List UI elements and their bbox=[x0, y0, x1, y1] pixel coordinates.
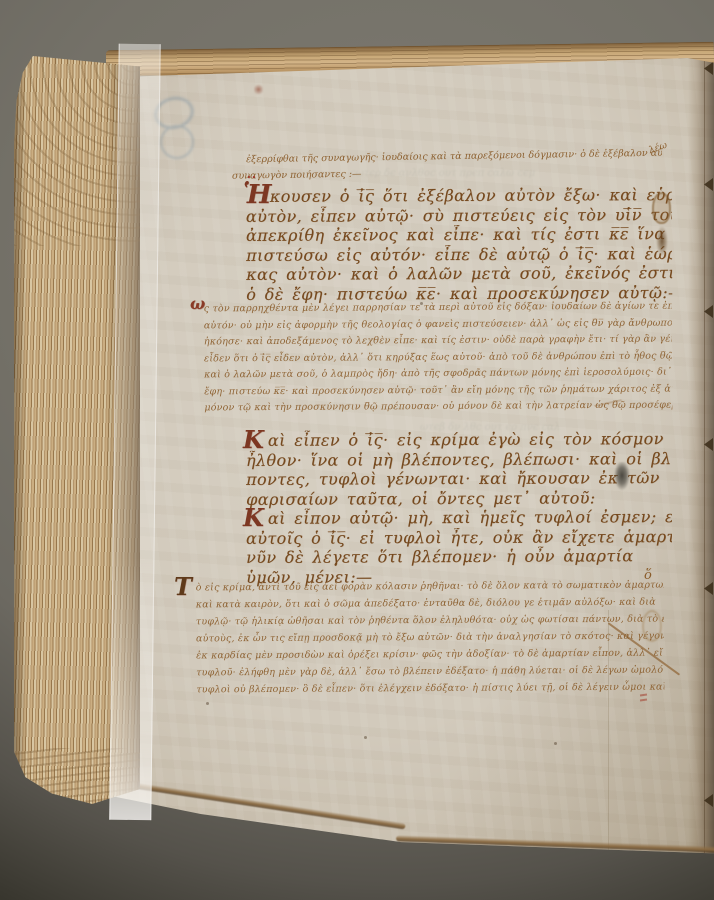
text-line: κουσεν ὁ ἰ̅ς̅ ὅτι ἐξέβαλον αὐτὸν ἔξω· κα… bbox=[246, 185, 672, 206]
red-ink-stain bbox=[254, 84, 263, 95]
ink-speck bbox=[420, 302, 423, 305]
marginal-paragraph-mark: ὅ bbox=[644, 568, 652, 583]
text-line: ποντες, τυφλοὶ γένωνται· καὶ ἤκουσαν ἐκ … bbox=[246, 468, 672, 489]
text-line: μόνον τῷ καὶ τὴν προσκύνησιν θ̅ῷ πρέπουσ… bbox=[204, 398, 672, 417]
manuscript-photo: ϲωτϵρ δϵ ανλθοϲ ουτ πρϵπ ϲαλω ϲϵμ ωτϵβ δ… bbox=[0, 0, 714, 900]
text-line: νῦν δὲ λέγετε ὅτι βλέπομεν· ἡ οὖν ἁμαρτί… bbox=[246, 546, 672, 567]
binding-stitch bbox=[704, 305, 713, 318]
rubric-initial-dots: ·· bbox=[247, 171, 257, 184]
gutter-crease bbox=[704, 50, 705, 855]
gospel-text-block: αὶ εἶπον αὐτῷ· μὴ, καὶ ἡμεῖς τυφλοί ἐσμε… bbox=[246, 507, 672, 587]
text-line: ἀπεκρίθη ἐκεῖνος καὶ εἶπε· καὶ τίς ἐστι … bbox=[246, 224, 672, 245]
rubric-initial: Τ bbox=[174, 572, 192, 601]
binding-gutter bbox=[688, 50, 714, 855]
text-line: αὐτὸν, εἶπεν αὐτῷ· σὺ πιστεύεις εἰς τὸν … bbox=[246, 205, 672, 226]
binding-stitch bbox=[704, 582, 713, 595]
marginal-ink-blot bbox=[652, 192, 671, 224]
commentary-block: ς τὸν παρρηχθέντα μὲν λέγει παρρησίαν τε… bbox=[204, 299, 673, 417]
text-line: αὐτοῖς ὁ ἰ̅ς̅· εἰ τυφλοὶ ἦτε, οὐκ ἂν εἴχ… bbox=[246, 527, 672, 548]
gospel-text-block: αὶ εἶπεν ὁ ἰ̅ς̅· εἰς κρίμα ἐγὼ εἰς τὸν κ… bbox=[246, 429, 672, 509]
ink-speck bbox=[206, 702, 209, 705]
ink-speck bbox=[364, 736, 367, 739]
binding-stitch bbox=[704, 178, 713, 191]
commentary-header-line: ἐξερρίφθαι τῆς συναγωγῆς· ἰουδαίοις καὶ … bbox=[246, 145, 662, 169]
rubric-initial-letter: Τ bbox=[174, 572, 192, 601]
marginal-ink-blot bbox=[656, 226, 668, 256]
ink-speck bbox=[558, 296, 561, 299]
binding-stitch bbox=[704, 62, 713, 75]
text-line: πιστεύσω εἰς αὐτόν· εἶπε δὲ αὐτῷ ὁ ἰ̅ς̅·… bbox=[246, 244, 672, 265]
binding-stitch bbox=[704, 794, 713, 807]
text-line: αὶ εἶπεν ὁ ἰ̅ς̅· εἰς κρίμα ἐγὼ εἰς τὸν κ… bbox=[246, 429, 672, 450]
manuscript-page: ϲωτϵρ δϵ ανλθοϲ ουτ πρϵπ ϲαλω ϲϵμ ωτϵβ δ… bbox=[88, 50, 714, 855]
ink-speck bbox=[554, 742, 557, 745]
text-line: κας αὐτὸν· καὶ ὁ λαλῶν μετὰ σοῦ, ἐκεῖνός… bbox=[246, 263, 672, 284]
gospel-text-block: κουσεν ὁ ἰ̅ς̅ ὅτι ἐξέβαλον αὐτὸν ἔξω· κα… bbox=[246, 185, 673, 304]
red-marginal-dashes bbox=[640, 694, 647, 704]
faint-ink-ring bbox=[642, 610, 662, 642]
text-line: αὶ εἶπον αὐτῷ· μὴ, καὶ ἡμεῖς τυφλοί ἐσμε… bbox=[246, 507, 672, 528]
text-line: ἐξερρίφθαι τῆς συναγωγῆς· ἰουδαίοις καὶ … bbox=[246, 145, 662, 169]
text-line: φαρισαίων ταῦτα, οἱ ὄντες μετ᾽ αὐτοῦ: bbox=[246, 488, 672, 509]
commentary-header-tail: λέω bbox=[646, 130, 689, 159]
text-line: λέω bbox=[646, 130, 689, 159]
binding-stitch bbox=[704, 438, 713, 451]
dark-smudge bbox=[614, 462, 630, 492]
commentary-block: ὸ εἰς κρίμα, ἀντὶ τοῦ εἰς ἀεὶ φορὰν κόλα… bbox=[196, 577, 665, 699]
text-line: τυφλοὶ οὐ βλέπομεν· ὃ δὲ εἶπεν· ὅτι ἐλέγ… bbox=[196, 679, 664, 699]
text-line: ἦλθον· ἵνα οἱ μὴ βλέποντες, βλέπωσι· καὶ… bbox=[246, 449, 672, 470]
